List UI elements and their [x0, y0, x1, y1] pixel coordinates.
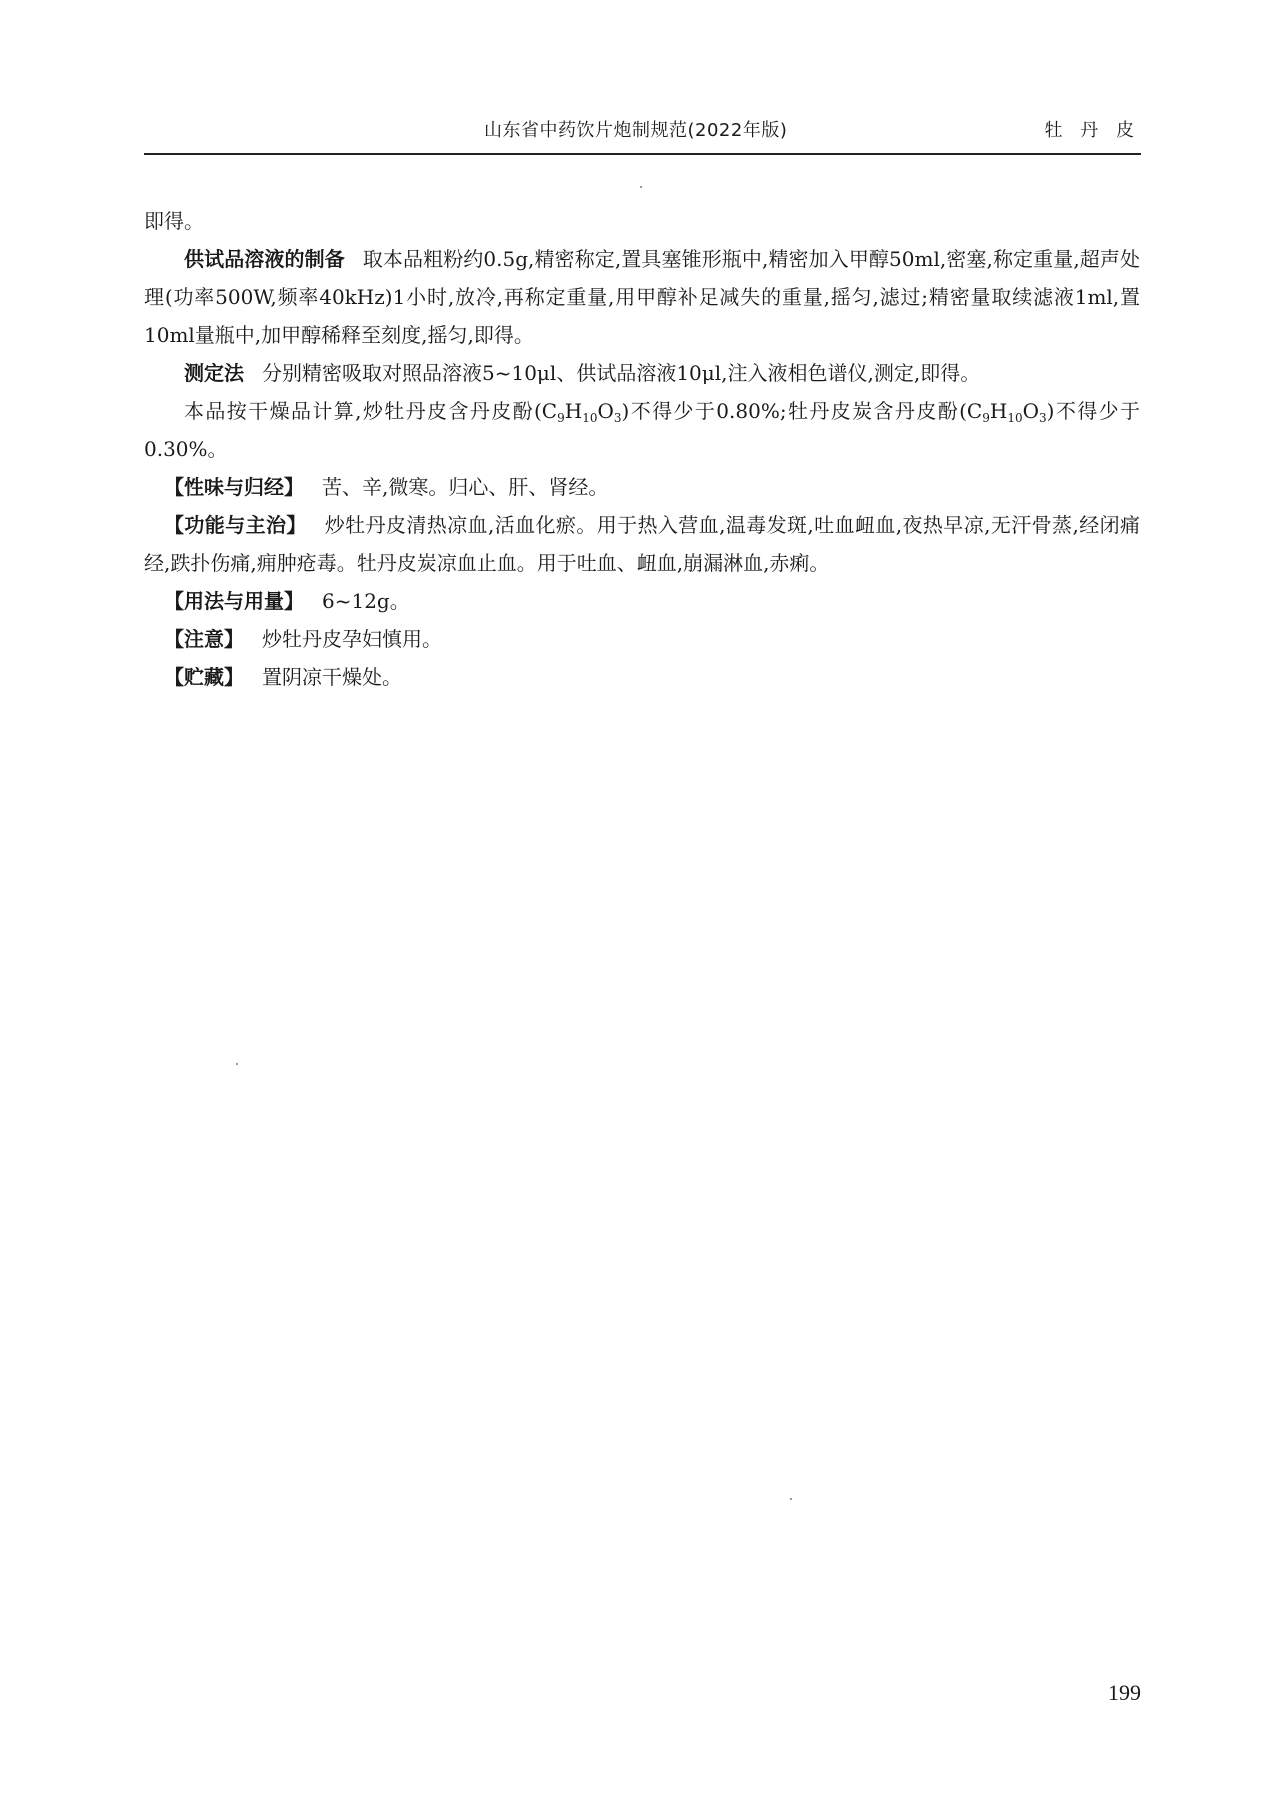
test-solution-paragraph: 供试品溶液的制备取本品粗粉约0.5g,精密称定,置具塞锥形瓶中,精密加入甲醇50… — [144, 240, 1140, 354]
formula-part: H — [990, 399, 1007, 423]
functions-paragraph: 【功能与主治】炒牡丹皮清热凉血,活血化瘀。用于热入营血,温毒发斑,吐血衄血,夜热… — [144, 506, 1140, 582]
functions-term: 【功能与主治】 — [164, 513, 307, 537]
assay-method-paragraph: 测定法分别精密吸取对照品溶液5~10μl、供试品溶液10μl,注入液相色谱仪,测… — [144, 354, 1140, 392]
continuation-text: 即得。 — [144, 202, 1140, 240]
scan-speck — [236, 1063, 238, 1065]
subscript: 3 — [614, 411, 622, 425]
subscript: 10 — [1007, 411, 1022, 425]
formula-part: H — [565, 399, 582, 423]
formula-part: O — [598, 399, 614, 423]
header-divider — [144, 153, 1141, 155]
nature-meridian-paragraph: 【性味与归经】苦、辛,微寒。归心、肝、肾经。 — [144, 468, 1140, 506]
continuation-sentence: 即得。 — [144, 209, 204, 233]
assay-method-text: 分别精密吸取对照品溶液5~10μl、供试品溶液10μl,注入液相色谱仪,测定,即… — [262, 361, 980, 385]
dosage-text: 6~12g。 — [322, 589, 410, 613]
caution-text: 炒牡丹皮孕妇慎用。 — [262, 627, 442, 651]
content-limit-text: 本品按干燥品计算,炒牡丹皮含丹皮酚(C — [184, 399, 557, 423]
caution-term: 【注意】 — [164, 627, 244, 651]
section-name: 牡 丹 皮 — [1045, 116, 1140, 142]
running-header: 山东省中药饮片炮制规范(2022年版) 牡 丹 皮 — [144, 108, 1140, 148]
nature-meridian-term: 【性味与归经】 — [164, 475, 304, 499]
scan-speck — [790, 1498, 792, 1500]
nature-meridian-text: 苦、辛,微寒。归心、肝、肾经。 — [322, 475, 608, 499]
caution-paragraph: 【注意】炒牡丹皮孕妇慎用。 — [144, 620, 1140, 658]
subscript: 3 — [1039, 411, 1047, 425]
storage-term: 【贮藏】 — [164, 665, 244, 689]
dosage-paragraph: 【用法与用量】6~12g。 — [144, 582, 1140, 620]
content-limit-paragraph: 本品按干燥品计算,炒牡丹皮含丹皮酚(C9H10O3)不得少于0.80%;牡丹皮炭… — [144, 392, 1140, 468]
page-number: 199 — [1108, 1680, 1141, 1706]
storage-paragraph: 【贮藏】置阴凉干燥处。 — [144, 658, 1140, 696]
page-body: 即得。 供试品溶液的制备取本品粗粉约0.5g,精密称定,置具塞锥形瓶中,精密加入… — [144, 202, 1140, 696]
formula-part: O — [1023, 399, 1039, 423]
assay-method-term: 测定法 — [184, 361, 244, 385]
dosage-term: 【用法与用量】 — [164, 589, 304, 613]
subscript: 9 — [557, 411, 565, 425]
test-solution-term: 供试品溶液的制备 — [184, 247, 345, 271]
content-limit-text: )不得少于0.80%;牡丹皮炭含丹皮酚(C — [622, 399, 983, 423]
subscript: 9 — [982, 411, 990, 425]
scan-speck — [640, 186, 642, 188]
subscript: 10 — [582, 411, 597, 425]
storage-text: 置阴凉干燥处。 — [262, 665, 402, 689]
book-title: 山东省中药饮片炮制规范(2022年版) — [484, 116, 787, 142]
